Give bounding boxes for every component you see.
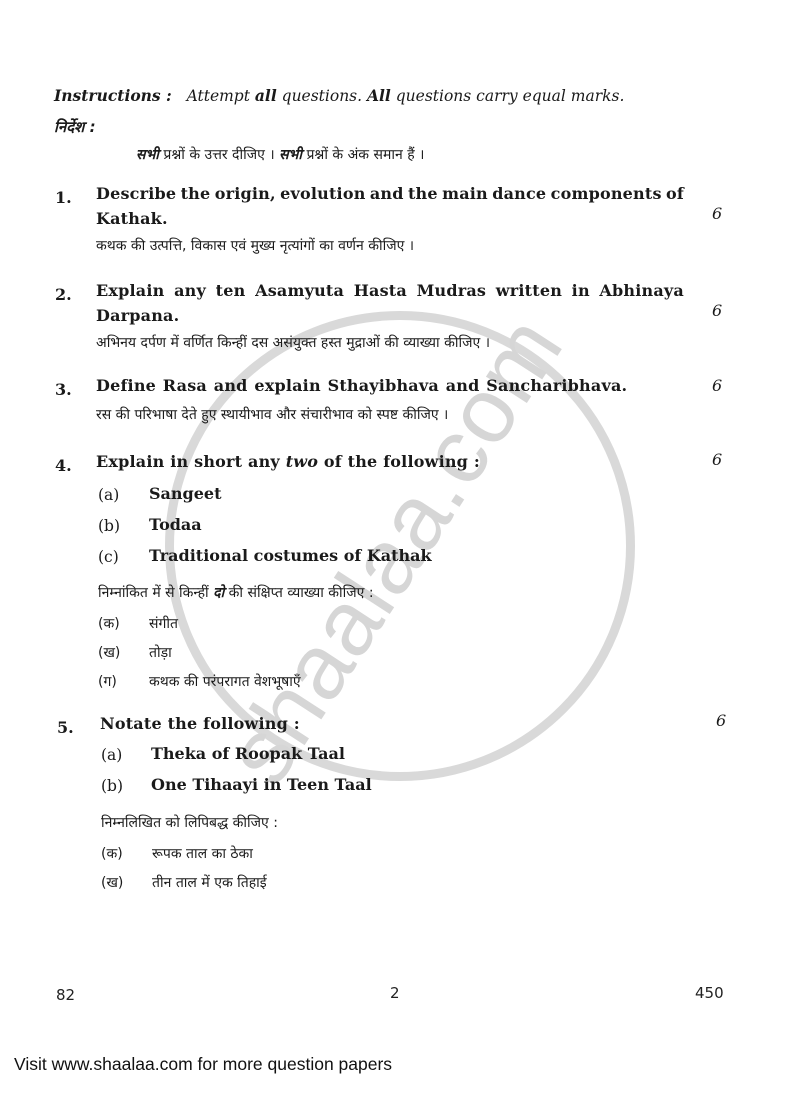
question-5-hindi: निम्नलिखित को लिपिबद्ध कीजिए : [101,813,278,832]
shaalaa-banner-link[interactable]: Visit www.shaalaa.com for more question … [14,1054,392,1075]
question-4-hindi-option-kha: तोड़ा [149,643,172,662]
question-1-line2: Kathak. [96,209,168,228]
page-content: Instructions : Attempt all questions. Al… [0,0,800,1094]
question-4-hindi-option-ka-label: (क) [98,614,120,633]
footer-code-right: 450 [695,984,724,1002]
question-4-option-c: Traditional costumes of Kathak [149,546,432,565]
question-5-hindi-option-kha: तीन ताल में एक तिहाई [152,873,267,892]
instructions-label: Instructions : [54,86,172,105]
question-3-hindi: रस की परिभाषा देते हुए स्थायीभाव और संचा… [96,405,448,424]
instructions-hindi-label: निर्देश : [54,117,96,137]
question-1-marks: 6 [712,204,722,223]
question-3-marks: 6 [712,376,722,395]
question-4-marks: 6 [712,450,722,469]
question-4-option-b-label: (b) [98,517,120,535]
question-2-line1: Explain any ten Asamyuta Hasta Mudras wr… [96,281,684,300]
question-4-hindi-option-ka: संगीत [149,614,178,633]
instructions-english: Instructions : Attempt all questions. Al… [54,86,624,105]
footer-code-left: 82 [56,986,75,1004]
question-5-hindi-option-ka-label: (क) [101,844,123,863]
question-1-line1: Describe the origin, evolution and the m… [96,184,684,203]
instructions-hindi: सभी प्रश्नों के उत्तर दीजिए । सभी प्रश्न… [136,145,424,164]
question-2-line2: Darpana. [96,306,179,325]
question-4-option-b: Todaa [149,515,202,534]
question-5-option-a: Theka of Roopak Taal [151,744,345,763]
question-3-number: 3. [55,380,72,399]
question-1-hindi: कथक की उत्पत्ति, विकास एवं मुख्य नृत्यां… [96,236,414,255]
question-5-option-b: One Tihaayi in Teen Taal [151,775,372,794]
question-4-hindi: निम्नांकित में से किन्हीं दो की संक्षिप्… [98,583,374,602]
question-4-hindi-option-ga: कथक की परंपरागत वेशभूषाएँ [149,672,301,691]
footer-page-number: 2 [390,984,400,1002]
question-1-number: 1. [55,188,72,207]
question-paper-page: shaalaa.com Instructions : Attempt all q… [0,0,800,1094]
question-5-hindi-option-kha-label: (ख) [101,873,123,892]
question-4-hindi-option-ga-label: (ग) [98,672,117,691]
question-4-option-c-label: (c) [98,548,119,566]
question-2-number: 2. [55,285,72,304]
question-5-hindi-option-ka: रूपक ताल का ठेका [152,844,253,863]
question-5-number: 5. [57,718,74,737]
question-2-hindi: अभिनय दर्पण में वर्णित किन्हीं दस असंयुक… [96,333,490,352]
question-2-marks: 6 [712,301,722,320]
question-4-line1: Explain in short any two of the followin… [96,452,480,471]
question-4-option-a-label: (a) [98,486,119,504]
question-4-hindi-option-kha-label: (ख) [98,643,120,662]
question-4-option-a: Sangeet [149,484,222,503]
question-4-number: 4. [55,456,72,475]
question-5-marks: 6 [716,711,726,730]
question-5-line1: Notate the following : [100,714,300,733]
question-5-option-a-label: (a) [101,746,122,764]
question-3-line1: Define Rasa and explain Sthayibhava and … [96,376,627,395]
question-5-option-b-label: (b) [101,777,123,795]
